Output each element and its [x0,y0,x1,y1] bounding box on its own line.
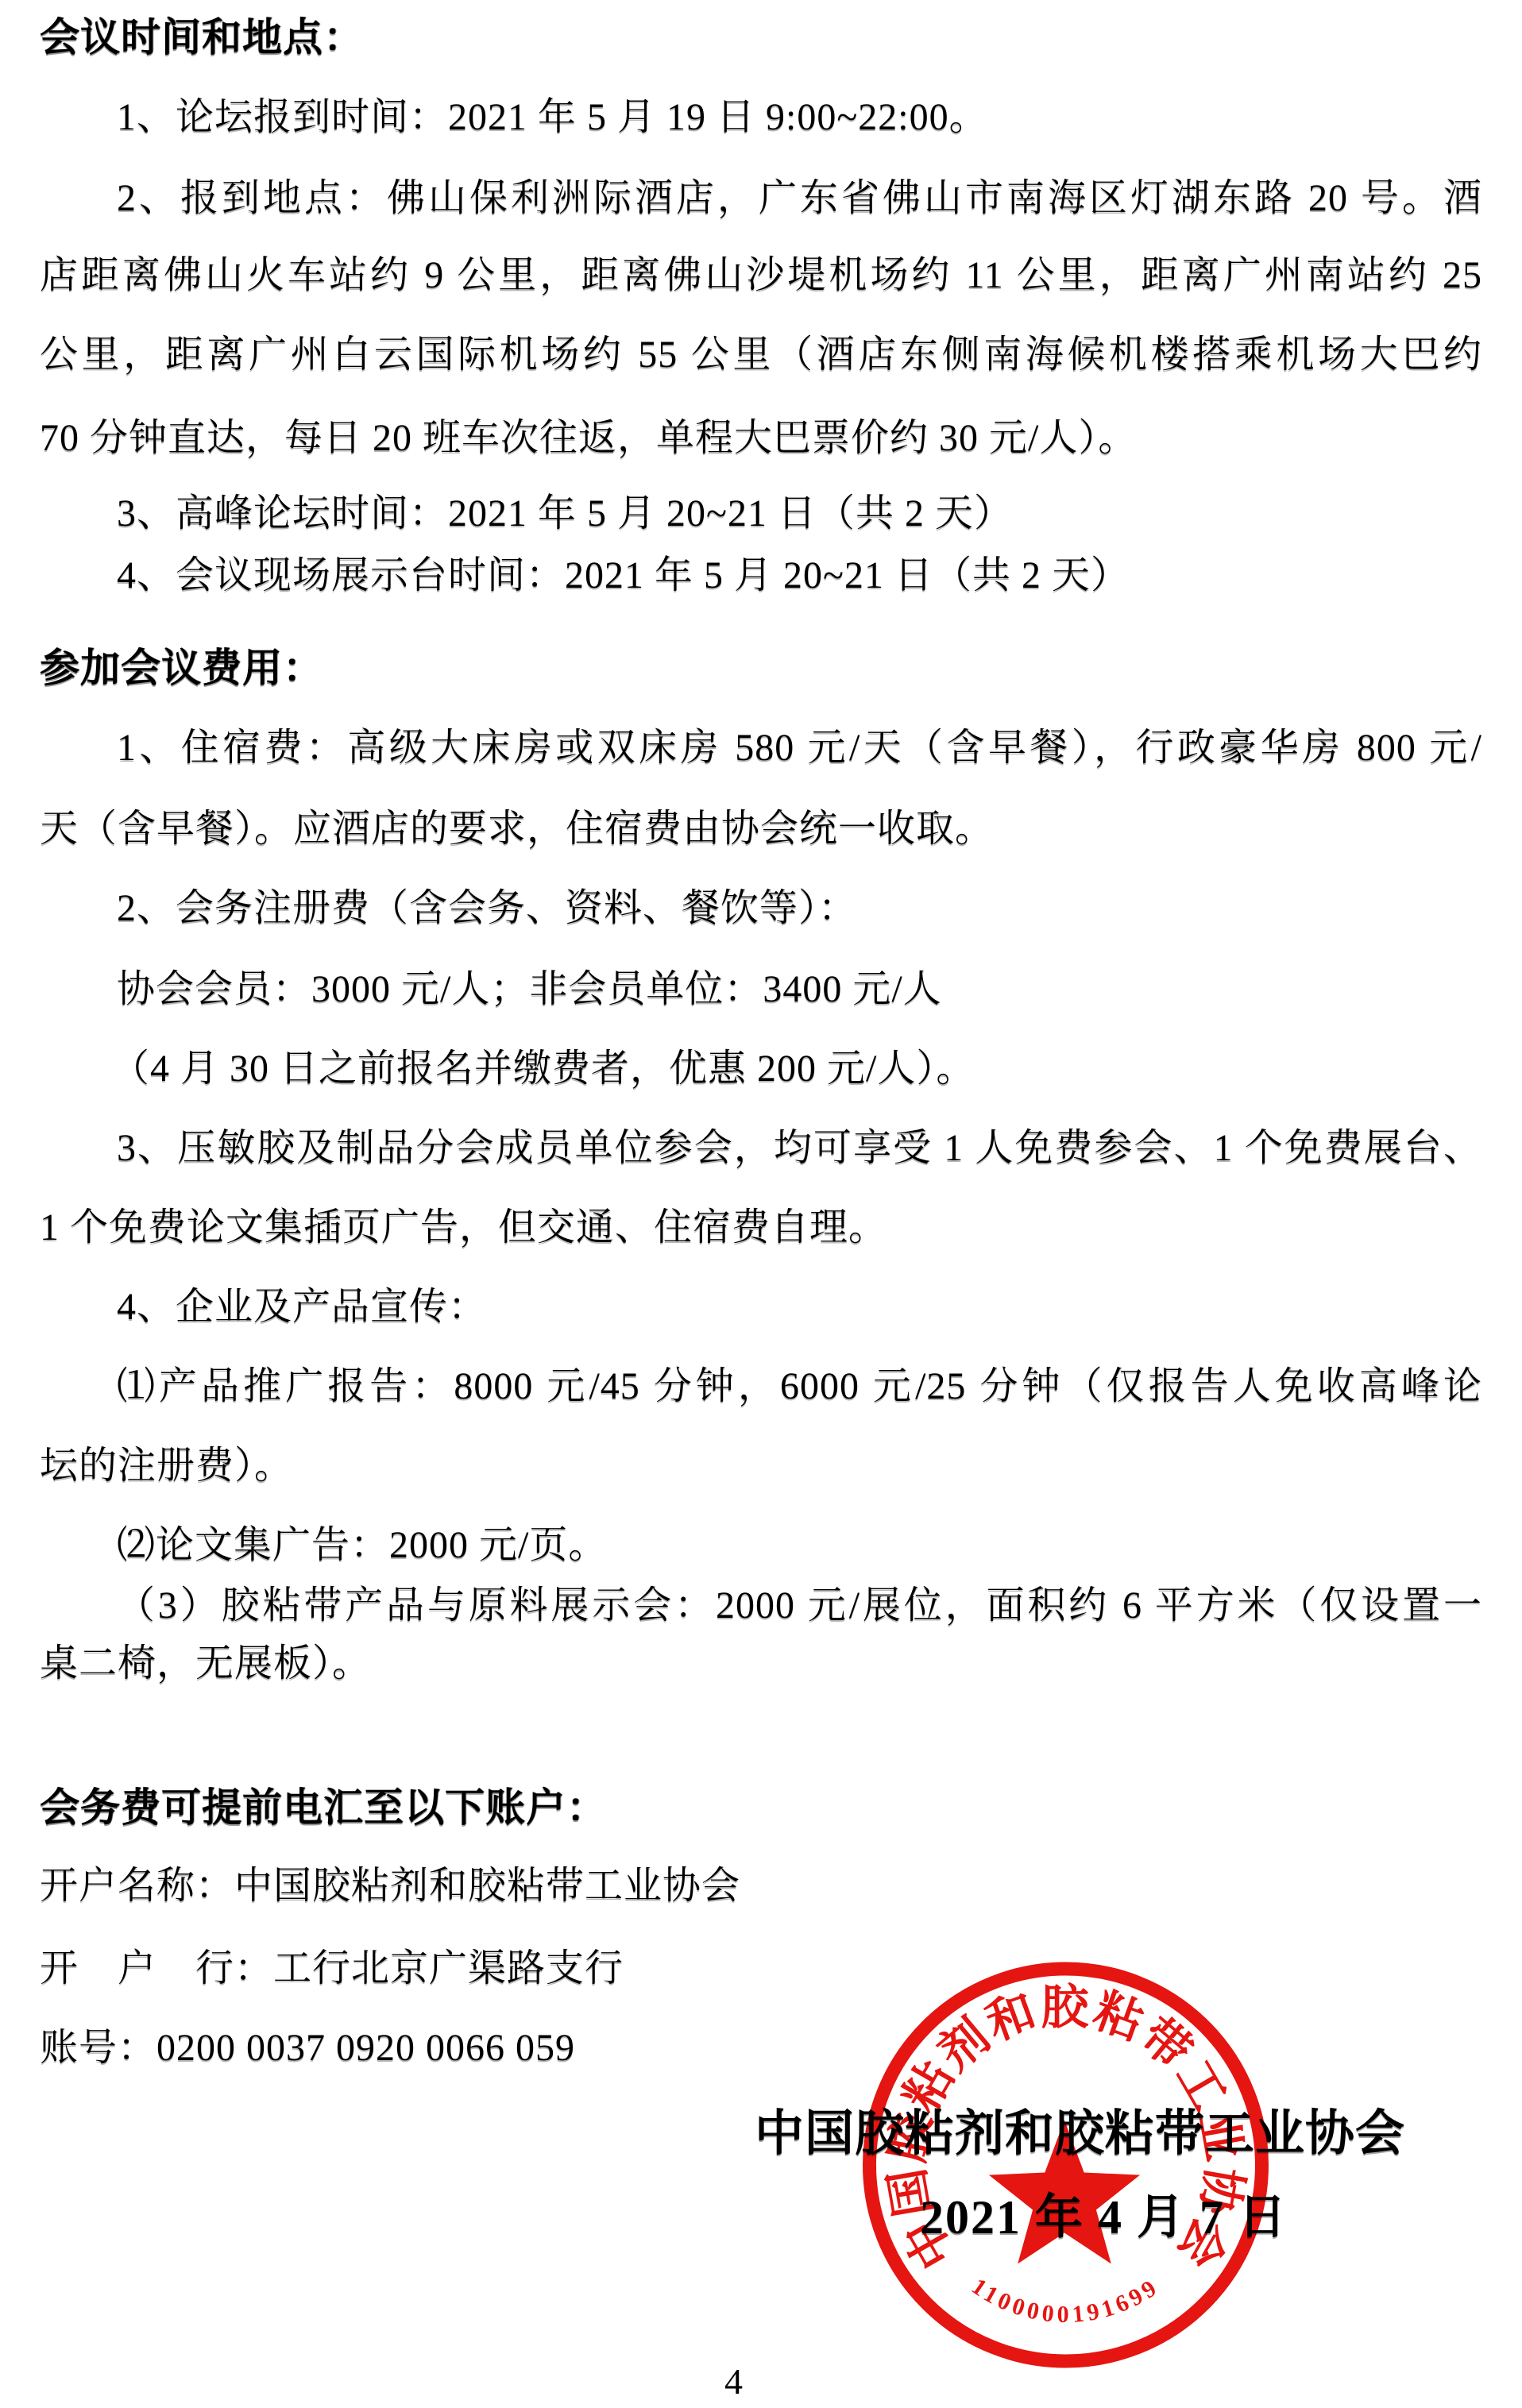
svg-text:1100000191699: 1100000191699 [967,2273,1165,2328]
account-number-line: 账号：0200 0037 0920 0066 059 [40,2026,575,2071]
doc-line: 店距离佛山火车站约 9 公里，距离佛山沙堤机场约 11 公里，距离广州南站约 2… [40,253,1482,299]
doc-line: 天（含早餐）。应酒店的要求，住宿费由协会统一收取。 [40,807,994,852]
bank-branch-line: 开 户 行：工行北京广渠路支行 [40,1947,624,1992]
page-number: 4 [724,2360,743,2402]
doc-line: 4、企业及产品宣传： [117,1285,487,1330]
seal-serial-number: 1100000191699 [967,2273,1165,2328]
doc-line: 2、报到地点：佛山保利洲际酒店，广东省佛山市南海区灯湖东路 20 号。酒 [117,176,1482,222]
doc-line: 1 个免费论文集插页广告，但交通、住宿费自理。 [40,1206,887,1251]
official-seal-stamp: 中国胶粘剂和胶粘带工业协会 1100000191699 [862,1960,1269,2370]
doc-line: 协会会员：3000 元/人；非会员单位：3400 元/人 [117,967,942,1013]
doc-line: 3、高峰论坛时间：2021 年 5 月 20~21 日（共 2 天） [117,492,1013,537]
section-heading-time-place: 会议时间和地点： [40,14,364,61]
signature-date: 2021 年 4 月 7 日 [920,2179,1288,2248]
doc-line: ⑵论文集广告：2000 元/页。 [117,1523,607,1569]
doc-line: 1、论坛报到时间：2021 年 5 月 19 日 9:00~22:00。 [117,95,988,141]
doc-line: （3）胶粘带产品与原料展示会：2000 元/展位，面积约 6 平方米（仅设置一 [117,1584,1482,1629]
section-heading-bank-account: 会务费可提前电汇至以下账户： [40,1785,607,1831]
doc-line: （4 月 30 日之前报名并缴费者，优惠 200 元/人）。 [111,1047,975,1092]
doc-line: ⑴产品推广报告：8000 元/45 分钟，6000 元/25 分钟（仅报告人免收… [117,1364,1482,1410]
section-heading-fees: 参加会议费用： [40,645,323,692]
doc-line: 70 分钟直达，每日 20 班车次往返，单程大巴票价约 30 元/人）。 [40,416,1137,461]
doc-line: 4、会议现场展示台时间：2021 年 5 月 20~21 日（共 2 天） [117,554,1130,599]
account-name-line: 开户名称：中国胶粘剂和胶粘带工业协会 [40,1864,740,1909]
doc-line: 1、住宿费：高级大床房或双床房 580 元/天（含早餐），行政豪华房 800 元… [117,726,1482,771]
doc-line: 桌二椅，无展板）。 [40,1642,371,1687]
doc-line: 公里，距离广州白云国际机场约 55 公里（酒店东侧南海候机楼搭乘机场大巴约 [40,333,1482,378]
signature-organization: 中国胶粘剂和胶粘带工业协会 [755,2093,1405,2164]
doc-line: 坛的注册费）。 [40,1444,293,1489]
doc-line: 3、压敏胶及制品分会成员单位参会，均可享受 1 人免费参会、1 个免费展台、 [117,1126,1482,1171]
doc-line: 2、会务注册费（含会务、资料、餐饮等）： [117,886,857,932]
document-page: 中国胶粘剂和胶粘带工业协会 1100000191699 会议时间和地点： 1、论… [0,0,1522,2408]
